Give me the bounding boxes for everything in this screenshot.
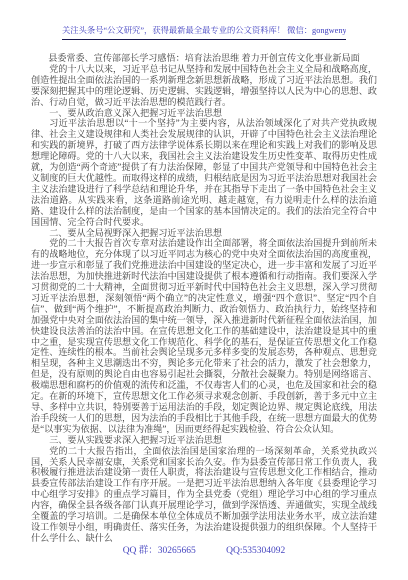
document-body: 县委常委、宣传部部长学习感悟：培育法治思维 着力开创宣传文化事业新局面 党的十八… bbox=[31, 53, 377, 544]
section-heading-2: 二、要从全局视野深入把握习近平法治思想 bbox=[31, 228, 377, 239]
paragraph-section-2: 党的二十大报告首次专章对法治建设作出全面部署，将全面依法治国提升到前所未有的战略… bbox=[31, 238, 377, 434]
section-heading-1: 一、要从政治意义深入把握习近平法治思想 bbox=[31, 108, 377, 119]
header-banner-text: 关注头条号“公文研究”，获得最新最全最专业的公文资料库！ 微信：gongweny… bbox=[62, 26, 346, 40]
qq-number: QQ:535304092 bbox=[226, 546, 285, 556]
qq-group-number: QQ 群：30265665 bbox=[123, 546, 196, 556]
document-title: 县委常委、宣传部部长学习感悟：培育法治思维 着力开创宣传文化事业新局面 bbox=[31, 53, 377, 64]
paragraph-intro: 党的十八大以来，习近平总书记从坚持和发展中国特色社会主义全局和战略高度，创造性提… bbox=[31, 64, 377, 108]
paragraph-section-1: 习近平法治思想以“十一个坚持”为主要内容，从法治领域深化了对共产党执政规律、社会… bbox=[31, 118, 377, 227]
paragraph-section-3: 党的二十大报告指出，全面依法治国是国家治理的一场深刻革命，关系党执政兴国，关系人… bbox=[31, 446, 377, 544]
page-footer: QQ 群：30265665 QQ:535304092 bbox=[0, 545, 408, 557]
document-page: 关注头条号“公文研究”，获得最新最全最专业的公文资料库！ 微信：gongweny… bbox=[0, 0, 408, 580]
page-header: 关注头条号“公文研究”，获得最新最全最专业的公文资料库！ 微信：gongweny… bbox=[0, 26, 408, 45]
section-heading-3: 三、要从实践要求深入把握习近平法治思想 bbox=[31, 435, 377, 446]
